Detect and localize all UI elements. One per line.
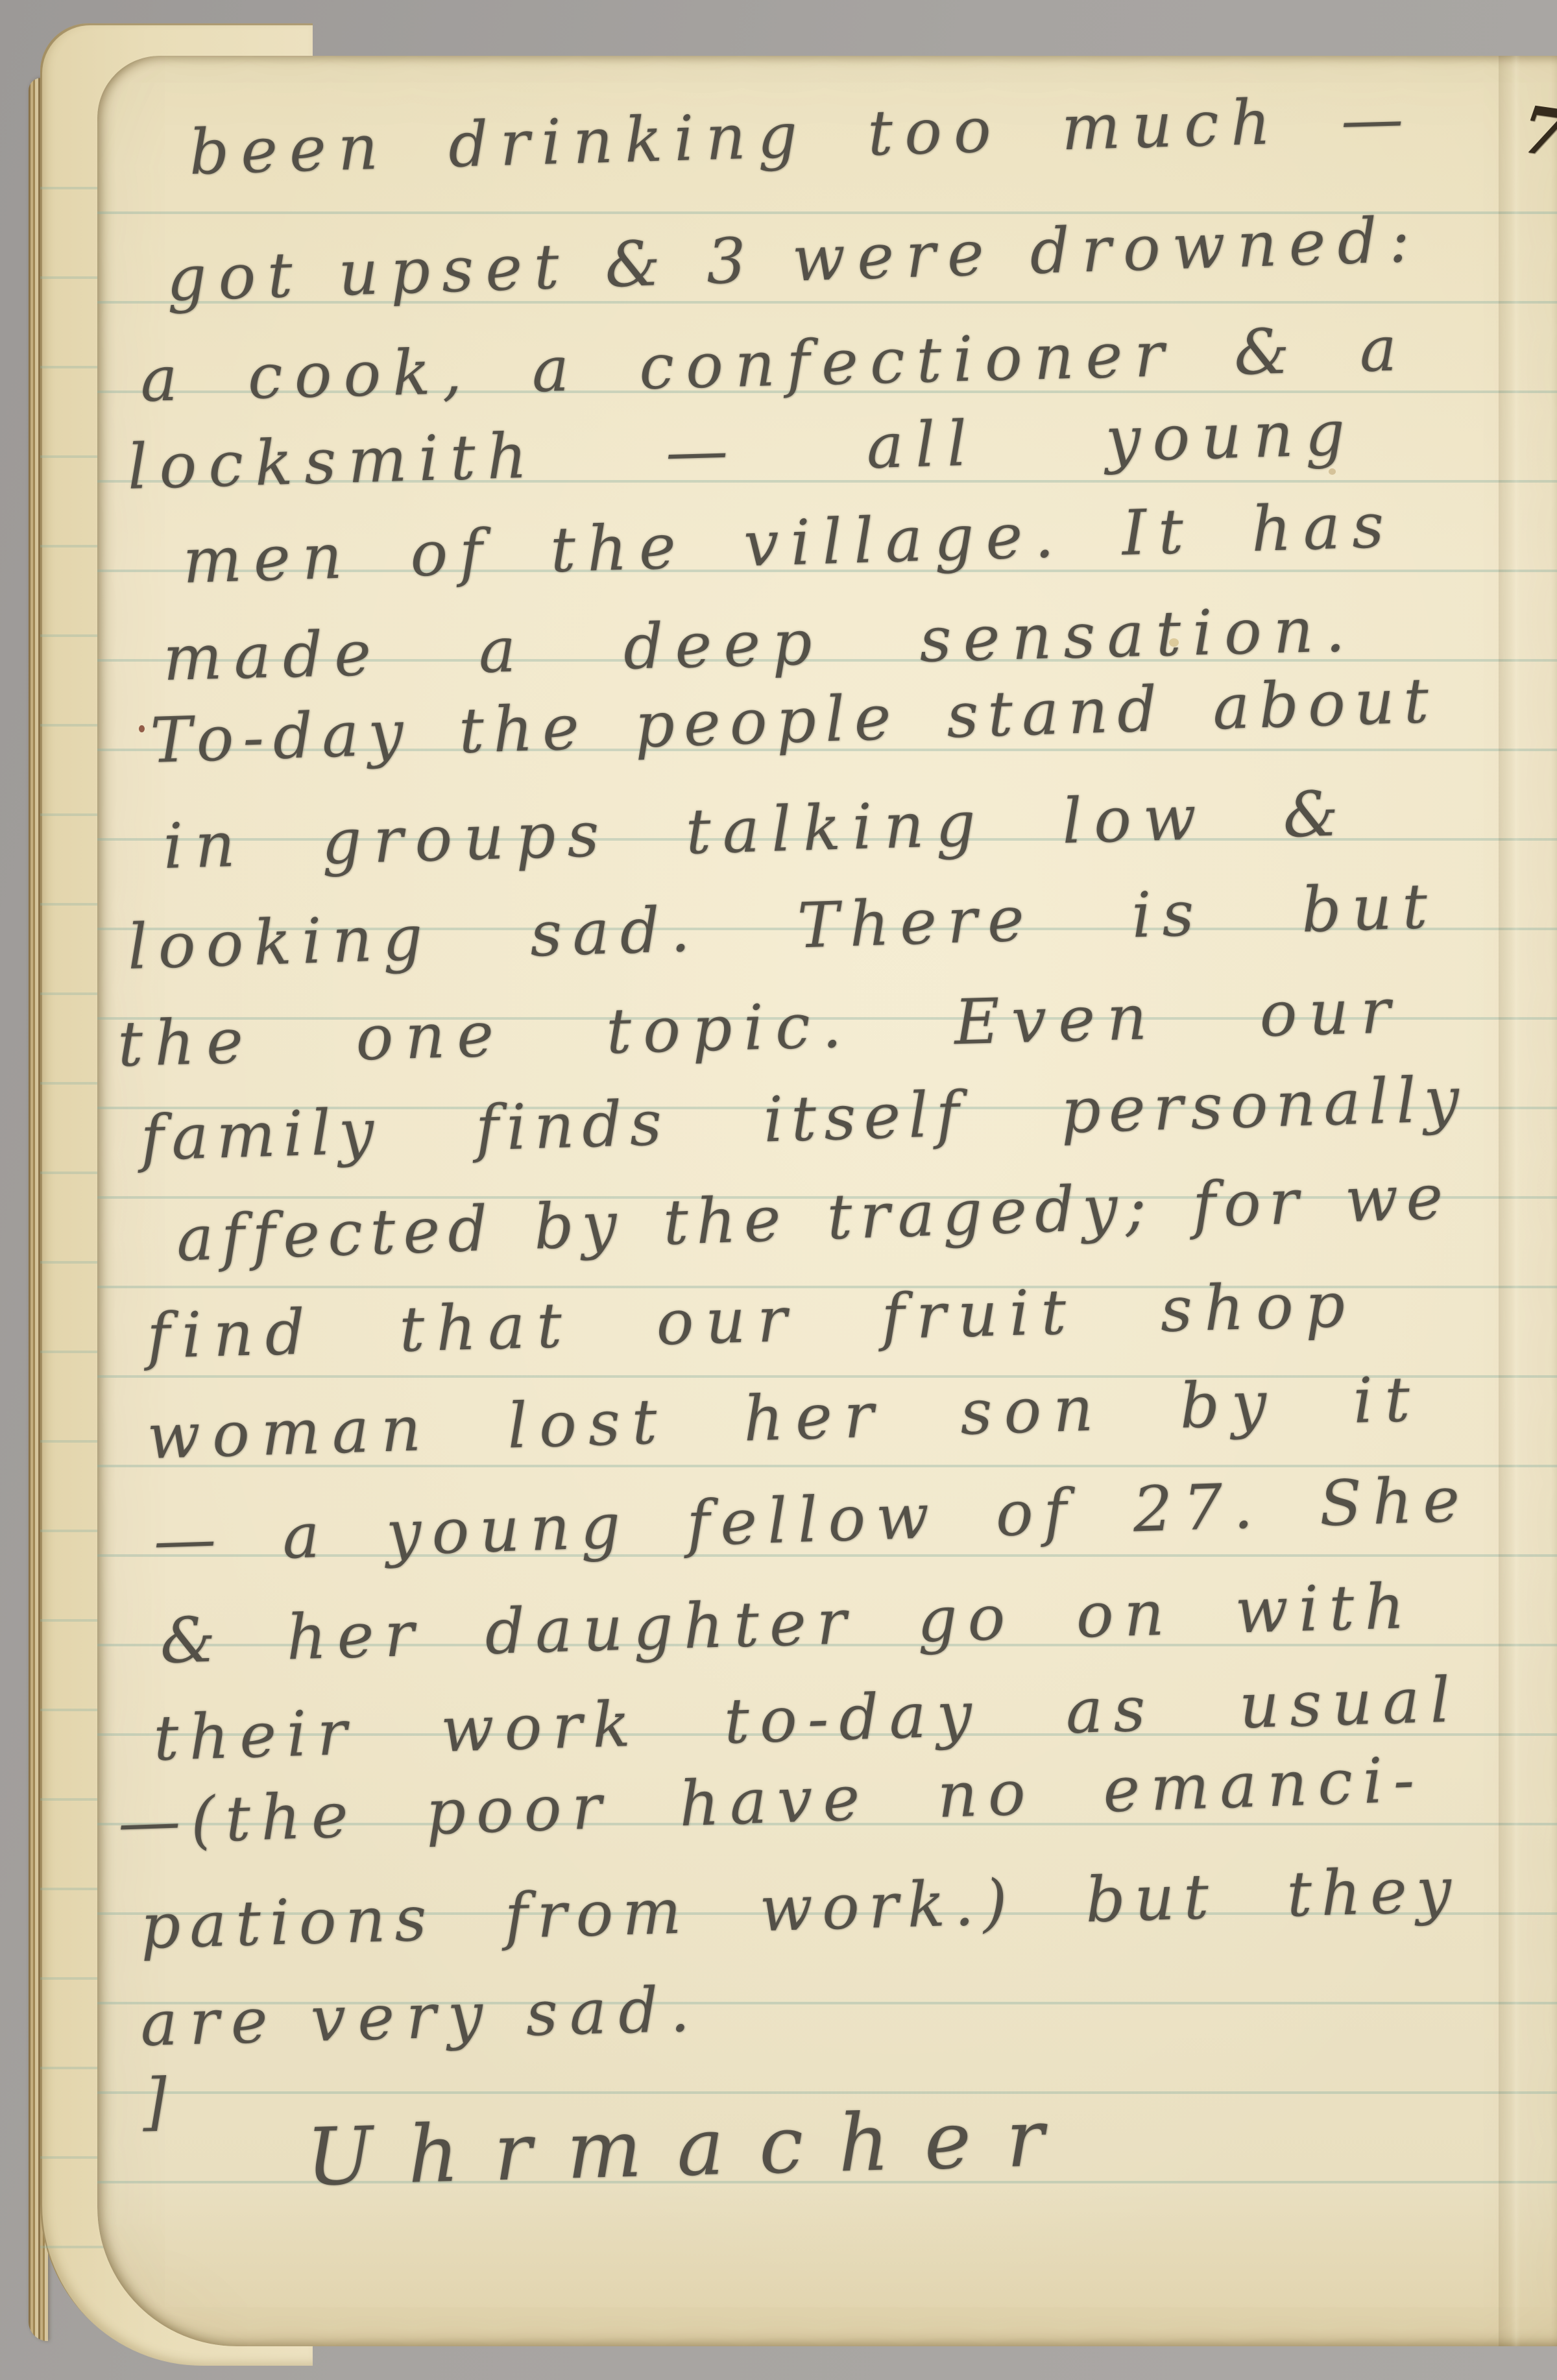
handwritten-line: family finds itself personally xyxy=(139,1060,1468,1177)
signature-line: Uhrmacher xyxy=(305,2090,995,2207)
handwritten-line: affected by the tragedy; for we xyxy=(175,1158,1452,1278)
handwritten-line: — a young fellow of 27. She xyxy=(152,1460,1471,1580)
handwritten-line: men of the village. It has xyxy=(182,487,1397,600)
handwritten-line: been drinking too much — xyxy=(188,79,1416,191)
handwritten-line: looking sad. There is but xyxy=(127,867,1439,986)
handwritten-line: in groups talking low & xyxy=(162,775,1351,885)
handwritten-line: pations from work.) but they xyxy=(139,1851,1462,1965)
handwritten-line: find that our fruit shop xyxy=(146,1266,1358,1375)
handwritten-line: got upset & 3 were drowned: xyxy=(165,200,1423,318)
handwritten-line: & her daughter go on with xyxy=(159,1567,1416,1680)
handwriting-layer: been drinking too much —got upset & 3 we… xyxy=(0,0,1557,2380)
scanned-notebook-photo: { "document": { "type": "handwritten pen… xyxy=(0,0,1557,2380)
handwritten-line: woman lost her son by it xyxy=(146,1360,1423,1476)
handwritten-line: the one topic. Even our xyxy=(117,972,1403,1083)
